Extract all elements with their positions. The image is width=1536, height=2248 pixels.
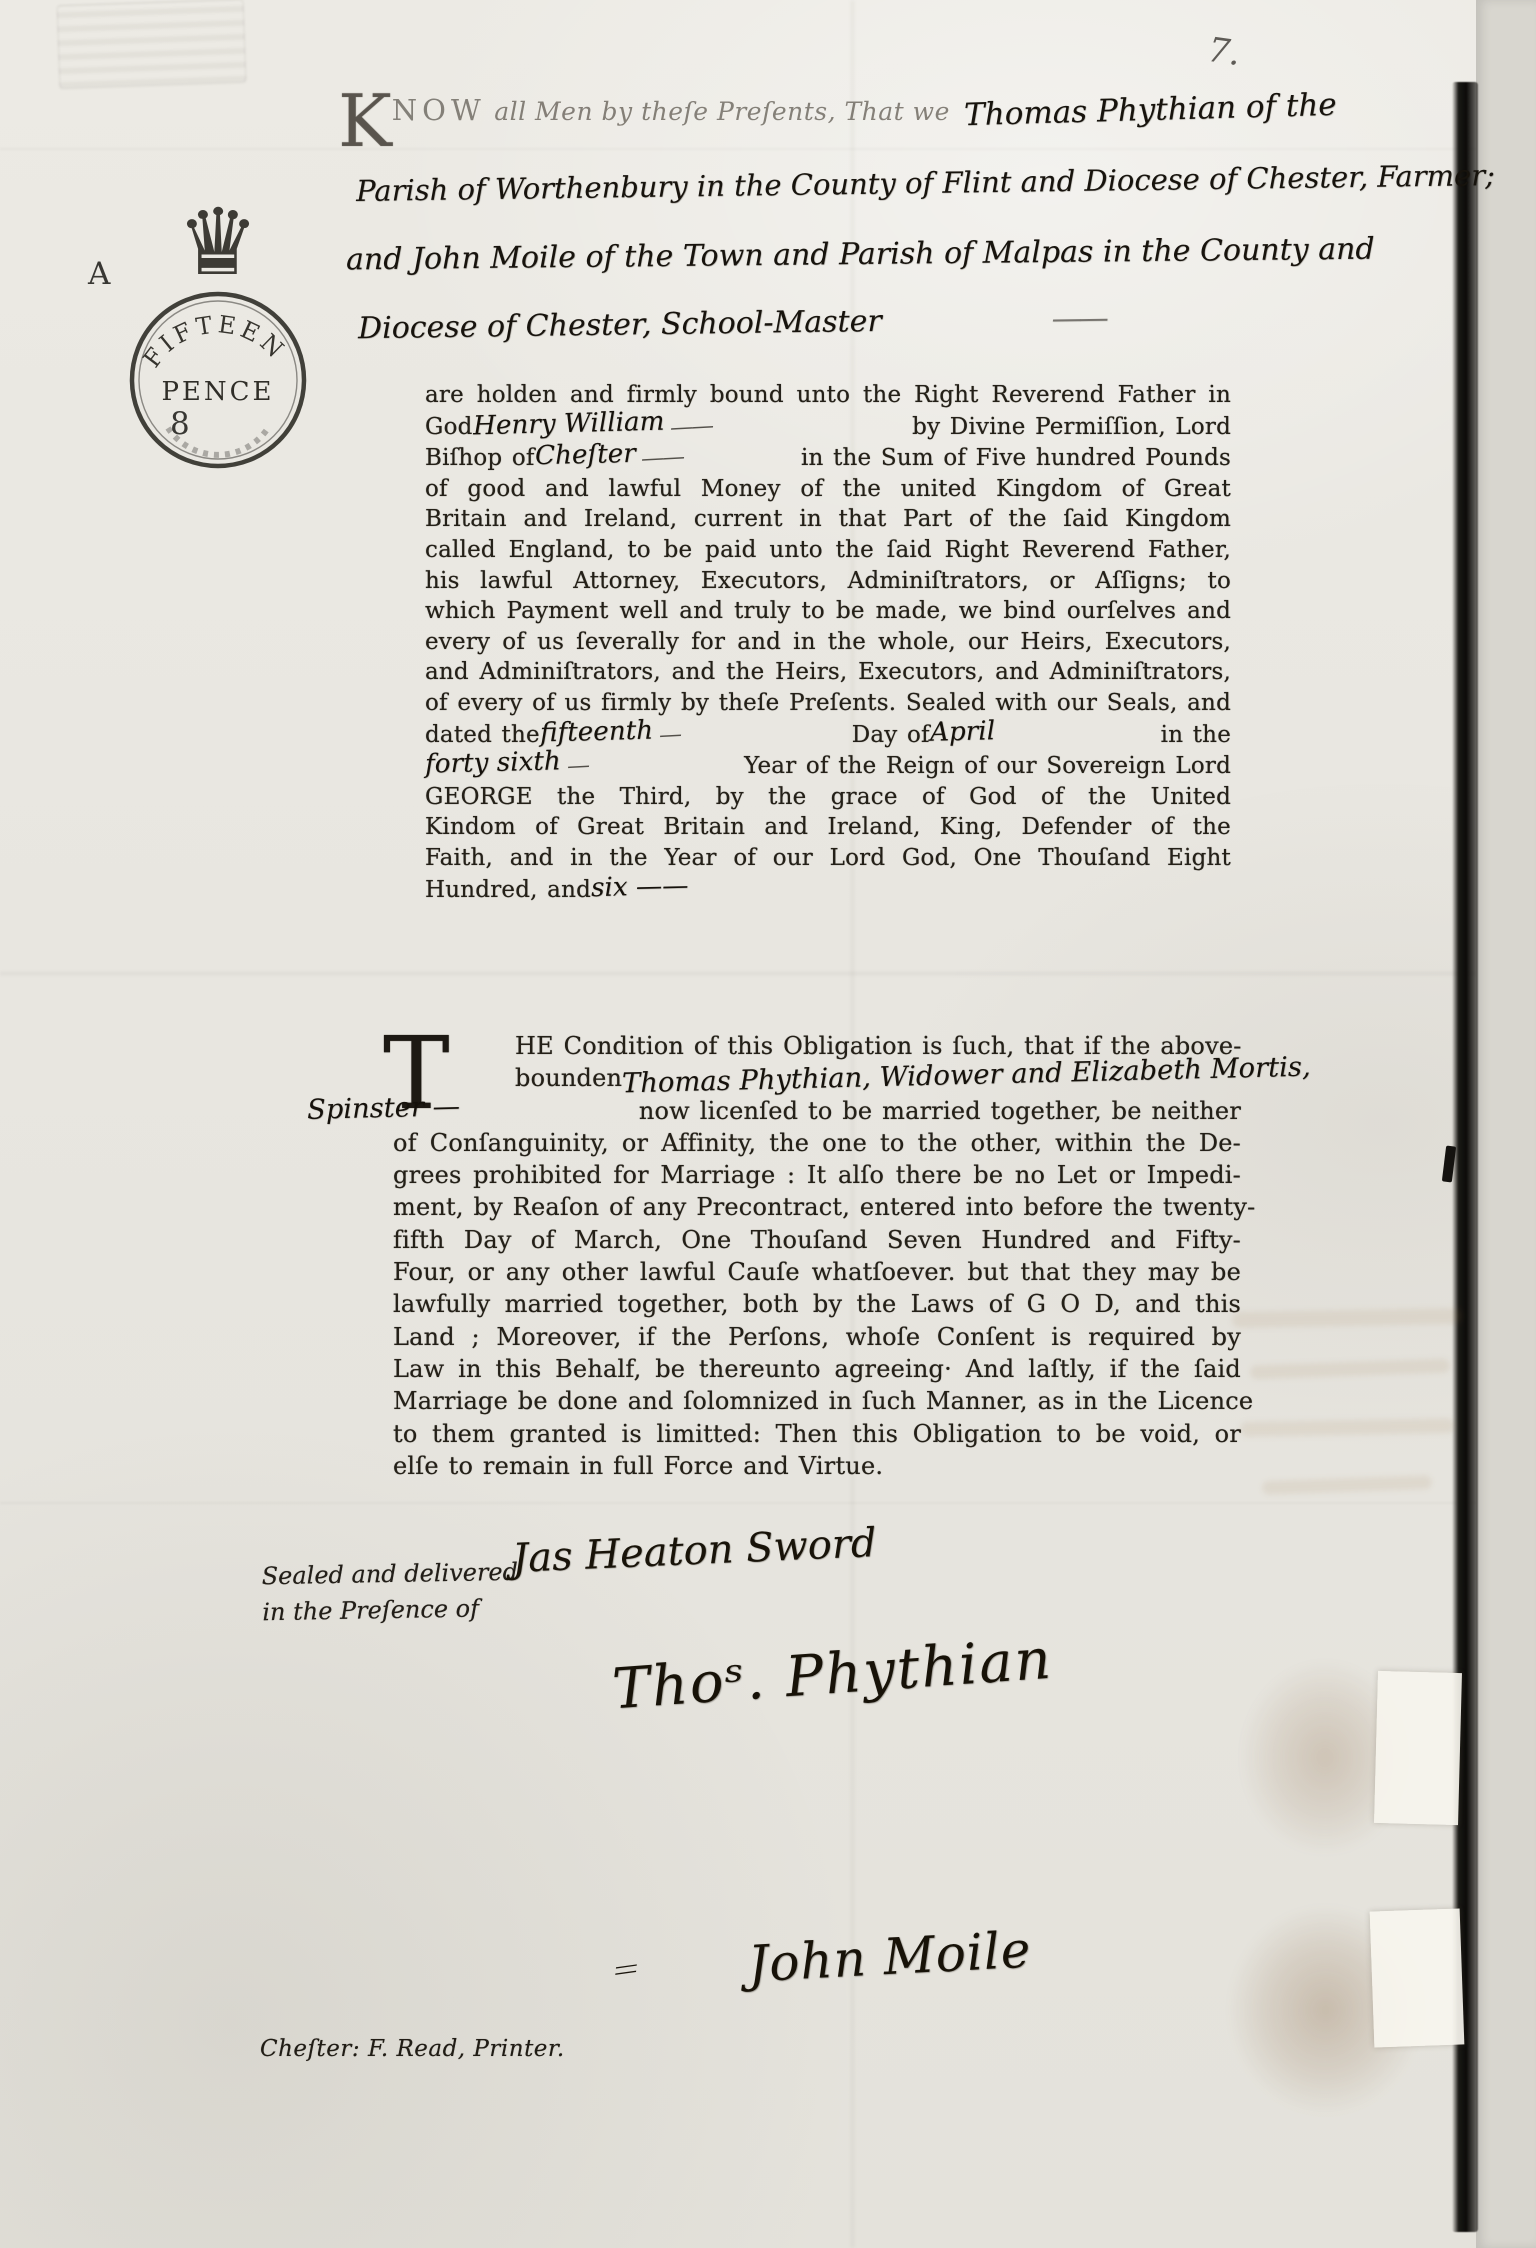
handwritten-name-line: Thomas Phythian of the	[963, 87, 1337, 133]
text-line: Spinster —now licenſed to be married tog…	[307, 1095, 1241, 1127]
handwritten-insertion: Cheſter	[534, 439, 635, 472]
opening-line: KNOW all Men by theſe Preſents, That weT…	[338, 92, 1438, 141]
fold-crease-horizontal	[0, 1502, 1536, 1504]
archival-note: 7.	[1205, 30, 1243, 74]
printed-text: of Conſanguinity, or Affinity, the one t…	[393, 1129, 1241, 1157]
bleedthrough-smudge	[1250, 1359, 1450, 1380]
text-line: forty sixth—Year of the Reign of our Sov…	[425, 750, 1231, 782]
text-line: lawfully married together, both by the L…	[393, 1288, 1241, 1320]
text-line: are holden and firmly bound unto the Rig…	[425, 380, 1231, 411]
printed-text: lawfully married together, both by the L…	[393, 1290, 1241, 1318]
handwritten-line: Parish of Worthenbury in the County of F…	[356, 158, 1495, 208]
fold-crease-horizontal	[0, 972, 1536, 975]
fifteen-pence-duty-stamp: ♛ FIFTEEN PENCE	[116, 188, 321, 488]
printer-imprint: Cheſter: F. Read, Printer.	[260, 2036, 565, 2062]
pen-mark: ＝	[605, 1944, 641, 1992]
printed-text: ment, by Reaſon of any Precontract, ente…	[393, 1193, 1255, 1221]
printed-text: now licenſed to be married together, be …	[639, 1095, 1241, 1127]
text-line: and Adminiſtrators, and the Heirs, Execu…	[425, 657, 1231, 688]
opening-printed-intro: all Men by theſe Preſents, That we	[486, 97, 950, 126]
handwritten-line: Diocese of Chester, School-Master——	[358, 301, 1106, 346]
opening-caps: NOW	[392, 93, 486, 127]
text-line: called England, to be paid unto the ſaid…	[425, 535, 1231, 566]
text-line: Four, or any other lawful Cauſe whatſoev…	[393, 1256, 1241, 1288]
printed-text: by Divine Permiſſion, Lord	[912, 412, 1231, 443]
text-line: of Conſanguinity, or Affinity, the one t…	[393, 1127, 1241, 1159]
printed-text: Land ; Moreover, if the Perſons, whoſe C…	[393, 1323, 1241, 1351]
text-line: Biſhop of Cheſter——in the Sum of Five hu…	[425, 442, 1231, 474]
text-line: ment, by Reaſon of any Precontract, ente…	[393, 1191, 1241, 1223]
bleedthrough-smudge	[1232, 1308, 1462, 1328]
fold-crease-horizontal	[0, 148, 1536, 150]
printed-text: elſe to remain in full Force and Virtue.	[393, 1452, 883, 1480]
text-line: of every of us firmly by theſe Preſents.…	[425, 688, 1231, 719]
printed-text: fifth Day of March, One Thouſand Seven H…	[393, 1226, 1241, 1254]
printed-text: Faith, and in the Year of our Lord God, …	[425, 845, 1231, 871]
attestation-line: in the Preſence of	[262, 1590, 519, 1630]
printed-text: every of us ſeverally for and in the who…	[425, 629, 1231, 655]
printed-text: Britain and Ireland, current in that Par…	[425, 506, 1231, 532]
handwritten-line: and John Moile of the Town and Parish of…	[346, 232, 1375, 278]
text-line: Britain and Ireland, current in that Par…	[425, 504, 1231, 535]
text-line: every of us ſeverally for and in the who…	[425, 627, 1231, 658]
bleedthrough-smudge	[1240, 1418, 1455, 1437]
printed-text: bounden	[515, 1062, 622, 1094]
witness-signature: Jas Heaton Sword	[511, 1520, 877, 1582]
text-line: grees prohibited for Marriage : It alſo …	[393, 1159, 1241, 1191]
printed-text: in the	[1161, 720, 1231, 751]
bond-obligation-paragraph: are holden and firmly bound unto the Rig…	[425, 380, 1231, 905]
printed-text: called England, to be paid unto the ſaid…	[425, 537, 1231, 563]
pen-dash: —	[560, 750, 595, 782]
printed-text: Four, or any other lawful Cauſe whatſoev…	[393, 1258, 1241, 1286]
attestation-clause: Sealed and delivered in the Preſence of	[261, 1554, 519, 1630]
paper-repair-patch	[1370, 1908, 1465, 2047]
text-line: Faith, and in the Year of our Lord God, …	[425, 843, 1231, 874]
text-line: his lawful Attorney, Executors, Adminiſt…	[425, 566, 1231, 597]
text-line: fifth Day of March, One Thouſand Seven H…	[393, 1224, 1241, 1256]
text-line: to them granted is limitted: Then this O…	[393, 1418, 1241, 1450]
drop-initial-K: K	[338, 101, 392, 141]
attestation-line: Sealed and delivered	[261, 1554, 518, 1594]
printed-text: Law in this Behalf, be thereunto agreein…	[393, 1355, 1241, 1383]
stamp-marginal-letter: A	[88, 256, 110, 292]
text-line: bounden Thomas Phythian, Widower and Eli…	[393, 1062, 1241, 1094]
condition-paragraph: T HE Condition of this Obligation is ſuc…	[393, 1030, 1241, 1482]
stamp-cypher-number: 8	[170, 406, 190, 442]
text-line: which Payment well and truly to be made,…	[425, 596, 1231, 627]
printed-text: Year of the Reign of our Sovereign Lord	[744, 751, 1231, 782]
printed-text: dated the	[425, 720, 540, 751]
handwritten-insertion: Henry William	[472, 406, 664, 441]
text-line: Law in this Behalf, be thereunto agreein…	[393, 1353, 1241, 1385]
handwritten-insertion: forty sixth	[425, 746, 561, 780]
printed-text: Kindom of Great Britain and Ireland, Kin…	[425, 814, 1231, 840]
text-line: God Henry William——by Divine Permiſſion,…	[425, 411, 1231, 443]
printed-text: Day of	[852, 720, 930, 751]
faint-embossed-stamp	[57, 0, 247, 89]
text-line: dated the fifteenth—Day of Aprilin the	[425, 719, 1231, 751]
pen-flourish: ——	[1051, 301, 1105, 337]
printed-text: God	[425, 412, 473, 443]
printed-text: grees prohibited for Marriage : It alſo …	[393, 1161, 1241, 1189]
crown-icon: ♛	[177, 189, 259, 296]
scanned-document-page: 7. A ♛ FIFTEEN PENCE 8 KNOW all Men by t…	[0, 0, 1536, 2248]
printed-text: which Payment well and truly to be made,…	[425, 598, 1231, 624]
printed-text: Hundred, and	[425, 875, 591, 906]
text-line: elſe to remain in full Force and Virtue.	[393, 1450, 1241, 1482]
pen-dash: —	[652, 719, 687, 751]
printed-text: in the Sum of Five hundred Pounds	[801, 443, 1231, 474]
stamp-center-text: PENCE	[161, 377, 274, 407]
paper-repair-patch	[1374, 1671, 1462, 1825]
printed-text: of good and lawful Money of the united K…	[425, 476, 1231, 502]
pen-dash: ——	[663, 410, 719, 443]
printed-text: to them granted is limitted: Then this O…	[393, 1420, 1241, 1448]
text-line: Hundred, and six ——	[425, 874, 1231, 906]
condition-lines: HE Condition of this Obligation is ſuch,…	[393, 1030, 1241, 1482]
handwritten-insertion: fifteenth	[539, 715, 653, 748]
text-line: Marriage be done and ſolomnized in ſuch …	[393, 1385, 1241, 1417]
printed-text: are holden and firmly bound unto the Rig…	[425, 382, 1231, 408]
printed-text: Biſhop of	[425, 443, 535, 474]
handwritten-insertion: six ——	[591, 870, 689, 903]
signature-john-moile: John Moile	[747, 1921, 1033, 1994]
text-line: Kindom of Great Britain and Ireland, Kin…	[425, 812, 1231, 843]
printed-text: and Adminiſtrators, and the Heirs, Execu…	[425, 659, 1231, 685]
handwritten-insertion: Spinster —	[307, 1091, 461, 1127]
pen-dash: ——	[635, 442, 691, 475]
text-line: Land ; Moreover, if the Perſons, whoſe C…	[393, 1321, 1241, 1353]
text-line: of good and lawful Money of the united K…	[425, 474, 1231, 505]
printed-text: Marriage be done and ſolomnized in ſuch …	[393, 1387, 1253, 1415]
bleedthrough-smudge	[1262, 1475, 1432, 1495]
handwritten-insertion: April	[929, 716, 995, 748]
printed-text: GEORGE the Third, by the grace of God of…	[425, 784, 1231, 810]
text-line: GEORGE the Third, by the grace of God of…	[425, 782, 1231, 813]
printed-text: his lawful Attorney, Executors, Adminiſt…	[425, 568, 1231, 594]
handwritten-line-text: Diocese of Chester, School-Master	[358, 304, 882, 346]
signature-thomas-phythian: Thoˢ. Phythian	[610, 1627, 1054, 1723]
printed-text: of every of us firmly by theſe Preſents.…	[425, 690, 1231, 716]
scan-edge-band	[1476, 0, 1536, 2248]
